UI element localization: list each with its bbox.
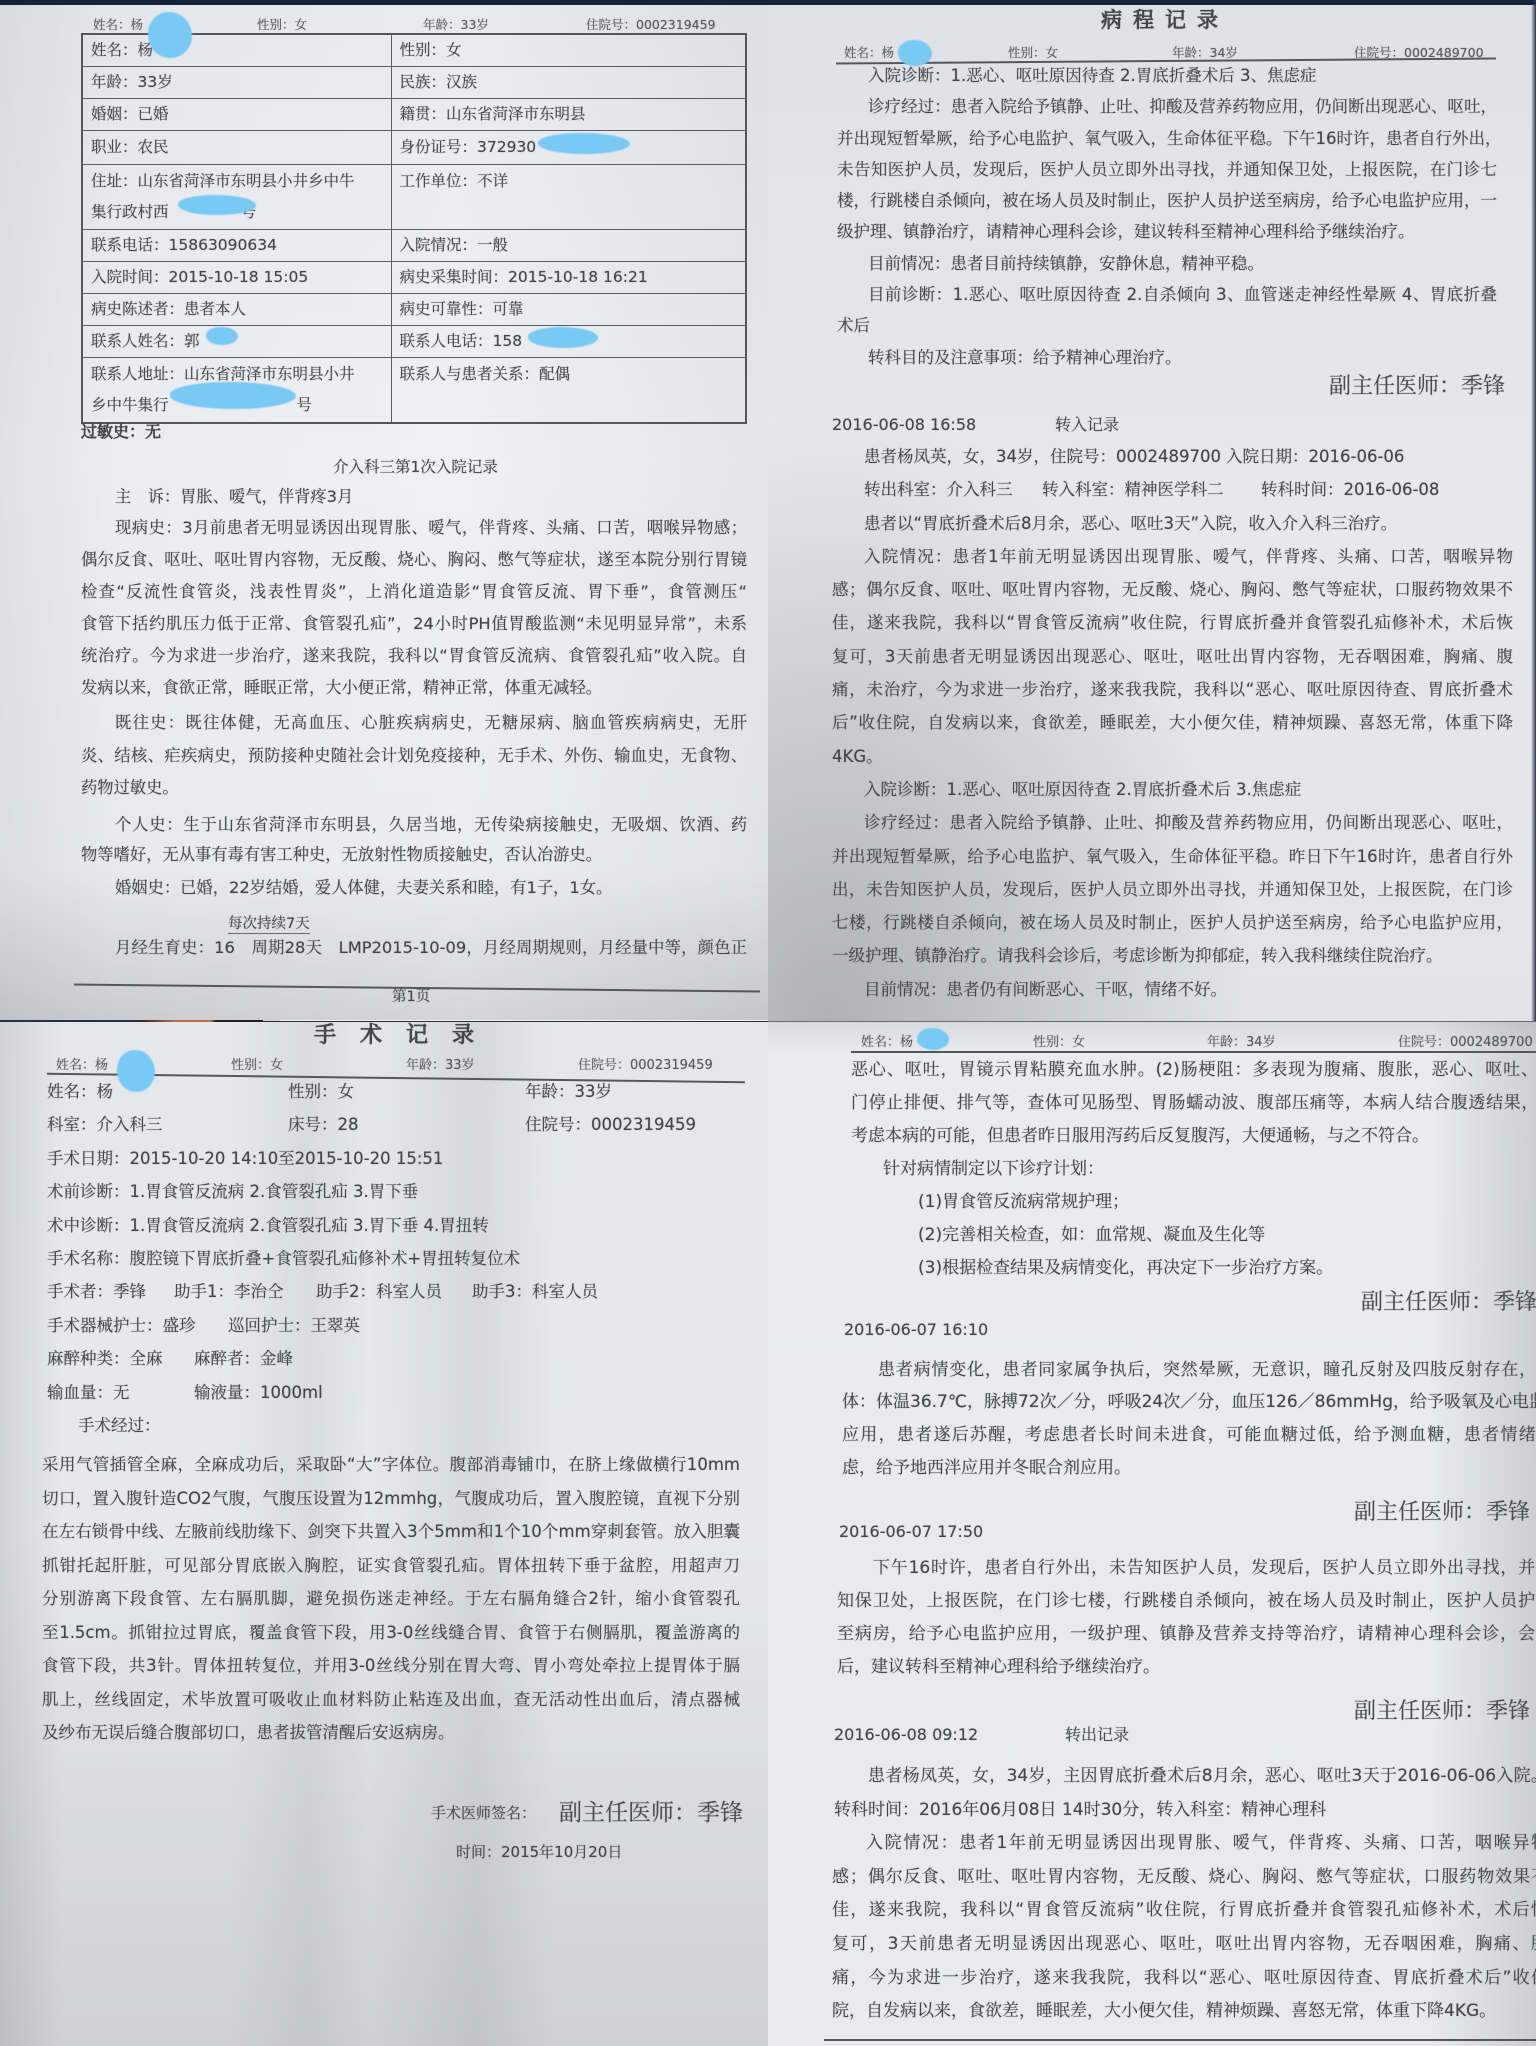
entry-datetime: 2016-06-07 16:10: [844, 1319, 988, 1341]
past-history-line: 药物过敏史。: [81, 772, 747, 805]
photo-edge-shadow: [1531, 0, 1536, 1021]
progress-entry-line: 体：体温36.7℃，脉搏72次／分，呼吸24次／分，血压126／86mmHg，给…: [842, 1386, 1536, 1419]
assistant-1: 助手1：李治仝: [174, 1275, 316, 1308]
table-row: 联系人姓名：郭 联系人电话：158: [82, 326, 746, 358]
transfer-out-line: 转科时间：2016年06月08日 14时30分，转入科室：精神心理科: [832, 1794, 1536, 1828]
inpatient-number: 住院号：0002319459: [525, 1108, 696, 1141]
blood-transfusion: 输血量：无: [47, 1376, 194, 1409]
surgery-date: 手术日期：2015-10-20 14:10至2015-10-20 15:51: [47, 1142, 747, 1175]
present-illness: 现病史：3月前患者无明显诱因出现胃胀、嗳气，伴背疼、头痛、口苦，咽喉异物感； 偶…: [81, 512, 747, 704]
table-row: 入院时间：2015-10-18 15:05 病史采集时间：2015-10-18 …: [82, 262, 746, 294]
present-illness-line: 统治疗。今为求进一步治疗，遂来我院，我科以“胃食管反流病、食管裂孔疝”收入院。自: [81, 640, 747, 672]
progress-note-line: 目前诊断：1.恶心、呕吐原因待查 2.自杀倾向 3、血管迷走神经性晕厥 4、胃底…: [837, 279, 1497, 310]
transfer-out-record: 患者杨凤英，女，34岁，主因胃底折叠术后8月余，恶心、呕吐3天于2016-06-…: [832, 1760, 1536, 2029]
preop-diagnosis: 术前诊断：1.胃食管反流病 2.食管裂孔疝 3.胃下垂: [47, 1175, 747, 1208]
progress-record-continued-photo: 姓名：杨 性别：女 年龄：34岁 住院号：0002489700 恶心、呕吐，胃镜…: [768, 1022, 1536, 2046]
header-inpatient-no: 住院号：0002319459: [578, 1058, 713, 1073]
address-line: 住址：山东省菏泽市东明县小井乡中牛: [91, 166, 391, 197]
procedure-line: 食管下段，共3针。胃体扭转复位，并用3-0丝线分别在胃大弯、胃小弯处牵拉上提胃体…: [42, 1649, 740, 1683]
progress-note-line: 入院诊断：1.恶心、呕吐原因待查 2.胃底折叠术后 3、焦虑症: [837, 60, 1497, 91]
address-line-text: 乡中牛集行: [91, 396, 169, 414]
progress-entry-line: 后，建议转科至精神心理科给予继续治疗。: [837, 1651, 1536, 1684]
header-name: 姓名：杨: [56, 1058, 108, 1073]
department: 科室：介入科三: [47, 1108, 288, 1141]
transfer-in-line: 七楼，行跳楼自杀倾向，被在场人员及时制止，医护人员护送至病房，给予心电监护应用，: [832, 906, 1513, 939]
transfer-out-line: 感；偶尔反食、呕吐、呕吐胃内容物，无反酸、烧心、胸闷、憋气等症状，口服药物效果不: [832, 1861, 1536, 1895]
patient-name: 姓名：杨: [47, 1075, 288, 1108]
redaction-mark: [538, 133, 630, 154]
plan-item: (3)根据检查结果及病情变化，再决定下一步治疗方案。: [851, 1252, 1536, 1285]
progress-note-line: 楼，行跳楼自杀倾向，被在场人员及时制止，医护人员护送至病房，给予心电监护应用，一: [837, 185, 1497, 216]
procedure-line: 至1.5cm。抓钳拉过胃底，覆盖食管下段，用3-0丝线缝合胃、食管于右侧膈肌，覆…: [42, 1616, 740, 1650]
header-name: 姓名：杨: [861, 1035, 913, 1050]
progress-entry-line: 至病房，给予心电监护应用，一级护理、镇静及营养支持等治疗，请精神心理科会诊，会诊: [837, 1618, 1536, 1651]
progress-note-line: 级护理、镇静治疗，请精神心理科会诊，建议转科至精神心理科给予继续治疗。: [837, 216, 1497, 247]
cell-marital: 婚姻：已婚: [82, 99, 391, 131]
transfer-out-line: 痛，今为求进一步治疗，遂来我我院，我科以“恶心、呕吐原因待查、胃底折叠术后”收住: [832, 1962, 1536, 1996]
transfer-out-line: 院，自发病以来，食欲差，睡眠差，大小便欠佳，精神烦躁、喜怒无常，体重下降4KG。: [832, 1995, 1536, 2029]
surgeon-signature: 副主任医师：季锋: [559, 1798, 743, 1828]
intraop-diagnosis: 术中诊断：1.胃食管反流病 2.食管裂孔疝 3.胃下垂 4.胃扭转: [47, 1209, 747, 1242]
menstrual-history-line: 月经生育史：16 周期28天 LMP2015-10-09，月经周期规则，月经量中…: [81, 932, 747, 964]
photo-seam: [280, 1020, 768, 1021]
personal-history-line: 物等嗜好，无从事有毒有害工种史，无放射性物质接触史，否认冶游史。: [81, 840, 747, 870]
procedure-line: 在左右锁骨中线、左腋前线肋缘下、剑突下共置入3个5mm和1个10个mm穿刺套管。…: [42, 1515, 740, 1549]
header-sex: 性别：女: [1008, 45, 1058, 60]
entry-datetime: 2016-06-08 16:58: [832, 414, 976, 436]
transfer-in-line: 一级护理、镇静治疗。请我科会诊后，考虑诊断为抑郁症，转入我科继续住院治疗。: [832, 939, 1513, 972]
progress-entry: 患者病情变化，患者同家属争执后，突然晕厥，无意识，瞳孔反射及四肢反射存在，查 体…: [842, 1354, 1536, 1485]
marital-history: 婚姻史：已婚，22岁结婚，爱人体健，夫妻关系和睦，有1子，1女。: [81, 872, 747, 904]
cell-admission-status: 入院情况：一般: [391, 230, 746, 262]
present-illness-line: 食管下括约肌压力低于正常、食管裂孔疝”，24小时PH值胃酸监测“未见明显异常”，…: [81, 608, 747, 640]
progress-note-line: 术后: [837, 310, 1497, 341]
anesthesia-row: 麻醉种类：全麻麻醉者：金峰: [47, 1342, 747, 1375]
transfer-in-line: 感；偶尔反食、呕吐、呕吐胃内容物，无反酸、烧心、胸闷、憋气等症状，口服药物效果不: [832, 573, 1513, 606]
cell-phone: 联系电话：15863090634: [82, 230, 391, 262]
transfer-out-line: 佳，遂来我院，我科以“胃食管反流病”收住院，行胃底折叠并食管裂孔疝修补术，术后恢: [832, 1894, 1536, 1928]
header-age: 年龄：33岁: [423, 17, 489, 32]
record-title: 介入科三第1次入院记录: [333, 456, 498, 478]
progress-note-line: 未告知医护人员，发现后，医护人员立即外出寻找，并通知保卫处，上报医院，在门诊七: [837, 154, 1497, 185]
fluids-row: 输血量：无输液量：1000ml: [47, 1376, 747, 1409]
transfer-in-line: 并出现短暂晕厥，给予心电监护、氧气吸入，生命体征平稳。昨日下午16时许，患者自行…: [832, 840, 1513, 873]
procedure-label: 手术经过：: [47, 1409, 747, 1442]
marital-history-line: 婚姻史：已婚，22岁结婚，爱人体健，夫妻关系和睦，有1子，1女。: [81, 872, 747, 904]
cell-contact-name: 联系人姓名：郭: [82, 326, 391, 358]
transfer-in-line: 入院诊断：1.恶心、呕吐原因待查 2.胃底折叠术后 3.焦虑症: [832, 773, 1513, 806]
table-row: 年龄：33岁 民族：汉族: [82, 67, 746, 99]
address-suffix: 号: [297, 396, 313, 414]
redaction-mark: [528, 327, 598, 348]
transfer-date: 转科时间：2016-06-08: [1261, 473, 1439, 506]
progress-entry: 下午16时许，患者自行外出，未告知医护人员，发现后，医护人员立即外出寻找，并通 …: [837, 1552, 1536, 1684]
admission-record-photo: 姓名：杨 性别：女 年龄：33岁 住院号：0002319459 姓名：杨 性别：…: [0, 0, 768, 1021]
allergy-history: 过敏史：无: [81, 421, 161, 443]
header-inpatient-no: 住院号：0002319459: [586, 17, 716, 32]
redaction-mark: [170, 382, 296, 409]
redaction-mark: [178, 195, 256, 215]
cell-occupation: 职业：农民: [82, 131, 391, 165]
progress-note-line: 目前情况：患者目前持续镇静，安静休息，精神平稳。: [837, 248, 1497, 279]
patient-summary: 患者杨凤英，女，34岁，住院号：0002489700: [864, 440, 1226, 473]
to-department: 转入科室：精神医学科二: [1042, 473, 1261, 506]
transfer-in-line: 佳，遂来我院，我科以“胃食管反流病”收住院，行胃底折叠并食管裂孔疝修补术，术后恢: [832, 606, 1513, 639]
progress-entry-line: 应用，患者遂后苏醒，考虑患者长时间未进食，可能血糖过低，给予测血糖，患者情绪焦: [842, 1419, 1536, 1452]
transfer-in-line: 诊疗经过：患者入院给予镇静、止吐、抑酸及营养药物应用，仍间断出现恶心、呕吐，: [832, 806, 1513, 839]
transfer-in-line: 患者以“胃底折叠术后8月余，恶心、呕吐3天”入院，收入介入科三治疗。: [832, 507, 1513, 540]
procedure-line: 分别游离下段食管、左右膈肌脚，避免损伤迷走神经。于左右膈角缝合2针，缩小食管裂孔: [42, 1582, 740, 1616]
infusion-volume: 输液量：1000ml: [194, 1376, 323, 1409]
surgeon: 手术者：季锋: [47, 1275, 174, 1308]
admission-date: 入院日期：2016-06-06: [1226, 440, 1404, 473]
progress-note-line: 并出现短暂晕厥，给予心电监护、氧气吸入，生命体征平稳。下午16时许，患者自行外出…: [837, 123, 1497, 154]
header-name: 姓名：杨: [844, 45, 894, 60]
personal-history: 个人史：生于山东省菏泽市东明县，久居当地，无传染病接触史，无吸烟、饮酒、药 物等…: [81, 810, 747, 870]
page-title: 病程记录: [1101, 7, 1229, 33]
progress-note-line: 诊疗经过：患者入院给予镇静、止吐、抑酸及营养药物应用，仍间断出现恶心、呕吐，: [837, 91, 1497, 122]
surgery-record-photo: 手术记录 姓名：杨 性别：女 年龄：33岁 住院号：0002319459 姓名：…: [0, 1022, 768, 2046]
transfer-in-line: 后”收住院，自发病以来，食欲差，睡眠差，大小便欠佳，精神烦躁、喜怒无常，体重下降: [832, 706, 1513, 739]
plan-item: (1)胃食管反流病常规护理；: [851, 1186, 1536, 1219]
past-history-line: 炎、结核、疟疾病史，预防接种史随社会计划免疫接种，无手术、外伤、输血史，无食物、: [81, 740, 747, 773]
photo-seam: [768, 1021, 1536, 1022]
cell-age: 年龄：33岁: [82, 67, 391, 99]
physician-signature: 副主任医师：季锋: [1361, 1289, 1536, 1317]
anesthetist: 麻醉者：金峰: [194, 1342, 293, 1375]
procedure-line: 抓钳托起肝脏，可见部分胃底嵌入胸腔，证实食管裂孔疝。胃体扭转下垂于盆腔，用超声刀: [42, 1549, 740, 1583]
surgeon-row: 手术者：季锋助手1：李治仝助手2：科室人员助手3：科室人员: [47, 1275, 747, 1308]
cell-admission-time: 入院时间：2015-10-18 15:05: [82, 262, 391, 294]
procedure-line: 切口，置入腹针造CO2气腹，气腹压设置为12mmhg，气腹成功后，置入腹腔镜，直…: [42, 1482, 740, 1516]
cell-employer: 工作单位：不详: [391, 165, 746, 230]
physician-signature: 副主任医师：季锋: [1354, 1698, 1530, 1726]
progress-note: 入院诊断：1.恶心、呕吐原因待查 2.胃底折叠术后 3、焦虑症 诊疗经过：患者入…: [837, 60, 1497, 373]
transfer-in-line: 痛，未治疗，今为求进一步治疗，遂来我我院，我科以“恶心、呕吐原因待查、胃底折叠术: [832, 673, 1513, 706]
patient-info-table: 姓名：杨 性别：女 年龄：33岁 民族：汉族 婚姻：已婚 籍贯：山东省菏泽市东明…: [81, 33, 747, 424]
transfer-in-line: 入院情况：患者1年前无明显诱因出现胃胀、嗳气，伴背疼、头痛、口苦，咽喉异物: [832, 540, 1513, 573]
cell-history-time: 病史采集时间：2015-10-18 16:21: [391, 262, 746, 294]
top-band: [768, 0, 1536, 5]
redaction-mark: [117, 1050, 155, 1092]
signed-date: 时间：2015年10月20日: [456, 1841, 622, 1863]
surgery-info: 姓名：杨性别：女年龄：33岁 科室：介入科三床号：28住院号：000231945…: [47, 1075, 747, 1442]
transfer-in-line: 目前情况：患者仍有间断恶心、干呕，情绪不好。: [832, 973, 1513, 1006]
patient-age: 年龄：33岁: [525, 1075, 612, 1108]
cell-informant: 病史陈述者：患者本人: [82, 294, 391, 326]
progress-entry-line: 下午16时许，患者自行外出，未告知医护人员，发现后，医护人员立即外出寻找，并通: [837, 1552, 1536, 1585]
photo-seam: [0, 1020, 263, 1022]
page-number: 第1页: [392, 987, 430, 1007]
differential-and-plan: 恶心、呕吐，胃镜示胃粘膜充血水肿。(2)肠梗阻：多表现为腹痛、腹胀，恶心、呕吐、…: [851, 1054, 1536, 1285]
top-band: [0, 0, 768, 5]
redaction-mark: [917, 1028, 949, 1050]
differential-line: 考虑本病的可能，但患者昨日服用泻药后反复腹泻，大便通畅，与之不符合。: [851, 1120, 1536, 1153]
table-row: 病史陈述者：患者本人 病史可靠性：可靠: [82, 294, 746, 326]
procedure-line: 采用气管插管全麻，全麻成功后，采取卧“大”字体位。腹部消毒铺巾，在脐上缘做横行1…: [42, 1448, 740, 1482]
assistant-2: 助手2：科室人员: [316, 1275, 472, 1308]
entry-title: 转出记录: [1065, 1724, 1129, 1746]
page-title: 手术记录: [314, 1023, 498, 1049]
plan-intro: 针对病情制定以下诊疗计划：: [851, 1153, 1536, 1186]
transfer-in-line: 复可，3天前患者无明显诱因出现恶心、呕吐，呕吐出胃内容物，无吞咽困难，胸痛、腹: [832, 640, 1513, 673]
bed-number: 床号：28: [288, 1108, 525, 1141]
header-age: 年龄：34岁: [1207, 1035, 1276, 1050]
progress-entry-line: 知保卫处，上报医院，在门诊七楼，行跳楼自杀倾向，被在场人员及时制止，医护人员护送: [837, 1585, 1536, 1618]
cell-contact-relation: 联系人与患者关系：配偶: [391, 358, 746, 423]
header-age: 年龄：33岁: [406, 1058, 475, 1073]
header-inpatient-no: 住院号：0002489700: [1398, 1035, 1533, 1050]
physician-signature: 副主任医师：季锋: [1329, 373, 1505, 401]
plan-item: (2)完善相关检查，如：血常规、凝血及生化等: [851, 1219, 1536, 1252]
entry-datetime: 2016-06-07 17:50: [839, 1521, 983, 1543]
scrub-nurse: 手术器械护士：盛珍: [47, 1309, 228, 1342]
progress-note-line: 转科目的及注意事项：给予精神心理治疗。: [837, 342, 1497, 373]
transfer-out-line: 复可，3天前患者无明显诱因出现恶心、呕吐，呕吐出胃内容物，无吞咽困难，胸痛、腹: [832, 1928, 1536, 1962]
table-row: 联系电话：15863090634 入院情况：一般: [82, 230, 746, 262]
circulating-nurse: 巡回护士：王翠英: [228, 1309, 360, 1342]
present-illness-line: 发病以来，食欲正常，睡眠正常，大小便正常，精神正常，体重无减轻。: [81, 672, 747, 704]
cell-reliability: 病史可靠性：可靠: [391, 294, 746, 326]
past-history-line: 既往史：既往体健，无高血压、心脏疾病病史，无糖尿病、脑血管疾病病史，无肝: [81, 707, 747, 740]
header-age: 年龄：34岁: [1172, 45, 1238, 60]
table-row: 职业：农民 身份证号：372930: [82, 131, 746, 165]
address-line-text: 集行政村西: [91, 203, 169, 221]
cell-name: 姓名：杨: [82, 34, 391, 67]
chief-complaint: 主 诉：胃胀、嗳气，伴背疼3月: [115, 481, 353, 513]
menstrual-history: 月经生育史：16 周期28天 LMP2015-10-09，月经周期规则，月经量中…: [81, 932, 747, 964]
entry-title: 转入记录: [1055, 414, 1119, 436]
signature-label: 手术医师签名：: [431, 1802, 536, 1824]
procedure-line: 肌上，丝线固定，术毕放置可吸收止血材料防止粘连及出血，查无活动性出血后，清点器械: [42, 1683, 740, 1717]
progress-entry-line: 虑，给予地西泮应用并冬眠合剂应用。: [842, 1452, 1536, 1485]
assistant-3: 助手3：科室人员: [472, 1275, 598, 1308]
dept-row: 科室：介入科三床号：28住院号：0002319459: [47, 1108, 747, 1141]
present-illness-line: 现病史：3月前患者无明显诱因出现胃胀、嗳气，伴背疼、头痛、口苦，咽喉异物感；: [81, 512, 747, 544]
differential-line: 恶心、呕吐，胃镜示胃粘膜充血水肿。(2)肠梗阻：多表现为腹痛、腹胀，恶心、呕吐、…: [851, 1054, 1536, 1087]
differential-line: 门停止排便、排气等，查体可见肠型、胃肠蠕动波、腹部压痛等，本病人结合腹透结果，需: [851, 1087, 1536, 1120]
cell-native-place: 籍贯：山东省菏泽市东明县: [391, 99, 746, 131]
from-department: 转出科室：介入科三: [864, 473, 1042, 506]
header-name: 姓名：杨: [93, 17, 143, 32]
transfer-in-patient-line: 患者杨凤英，女，34岁，住院号：0002489700入院日期：2016-06-0…: [832, 440, 1513, 473]
transfer-out-line: 入院情况：患者1年前无明显诱因出现胃胀、嗳气，伴背疼、头痛、口苦，咽喉异物: [832, 1827, 1536, 1861]
progress-entry-line: 患者病情变化，患者同家属争执后，突然晕厥，无意识，瞳孔反射及四肢反射存在，查: [842, 1354, 1536, 1387]
transfer-in-record: 患者杨凤英，女，34岁，住院号：0002489700入院日期：2016-06-0…: [832, 440, 1513, 1006]
personal-history-line: 个人史：生于山东省菏泽市东明县，久居当地，无传染病接触史，无吸烟、饮酒、药: [81, 810, 747, 840]
header-sex: 性别：女: [257, 17, 307, 32]
footer-divider: [824, 2039, 1536, 2041]
physician-signature: 副主任医师：季锋: [1354, 1499, 1530, 1527]
present-illness-line: 检查“反流性食管炎，浅表性胃炎”，上消化道造影“胃食管反流、胃下垂”，食管测压“: [81, 576, 747, 608]
cell-ethnicity: 民族：汉族: [391, 67, 746, 99]
redaction-mark: [206, 327, 238, 345]
nurse-row: 手术器械护士：盛珍巡回护士：王翠英: [47, 1309, 747, 1342]
table-row: 婚姻：已婚 籍贯：山东省菏泽市东明县: [82, 99, 746, 131]
progress-record-photo: 病程记录 姓名：杨 性别：女 年龄：34岁 住院号：0002489700 入院诊…: [768, 0, 1536, 1021]
entry-datetime: 2016-06-08 09:12: [834, 1724, 978, 1746]
transfer-in-line: 4KG。: [832, 740, 1513, 773]
redaction-mark: [148, 12, 192, 58]
anesthesia-type: 麻醉种类：全麻: [47, 1342, 194, 1375]
header-sex: 性别：女: [231, 1058, 283, 1073]
transfer-in-line: 出，未告知医护人员，发现后，医护人员立即外出寻找，并通知保卫处，上报医院，在门诊: [832, 873, 1513, 906]
cell-sex: 性别：女: [391, 34, 746, 67]
transfer-out-line: 患者杨凤英，女，34岁，主因胃底折叠术后8月余，恶心、呕吐3天于2016-06-…: [832, 1760, 1536, 1794]
header-sex: 性别：女: [1033, 1035, 1085, 1050]
patient-sex: 性别：女: [288, 1075, 525, 1108]
procedure-name: 手术名称：腹腔镜下胃底折叠+食管裂孔疝修补术+胃扭转复位术: [47, 1242, 747, 1275]
procedure-line: 及纱布无误后缝合腹部切口，患者拔管清醒后安返病房。: [42, 1716, 740, 1750]
present-illness-line: 偶尔反食、呕吐、呕吐胃内容物，无反酸、烧心、胸闷、憋气等症状，遂至本院分别行胃镜: [81, 544, 747, 576]
past-history: 既往史：既往体健，无高血压、心脏疾病病史，无糖尿病、脑血管疾病病史，无肝 炎、结…: [81, 707, 747, 805]
table-row: 住址：山东省菏泽市东明县小井乡中牛 集行政村西号 工作单位：不详: [82, 165, 746, 230]
transfer-in-dept-line: 转出科室：介入科三转入科室：精神医学科二转科时间：2016-06-08: [832, 473, 1513, 506]
procedure-description: 采用气管插管全麻，全麻成功后，采取卧“大”字体位。腹部消毒铺巾，在脐上缘做横行1…: [42, 1448, 740, 1750]
